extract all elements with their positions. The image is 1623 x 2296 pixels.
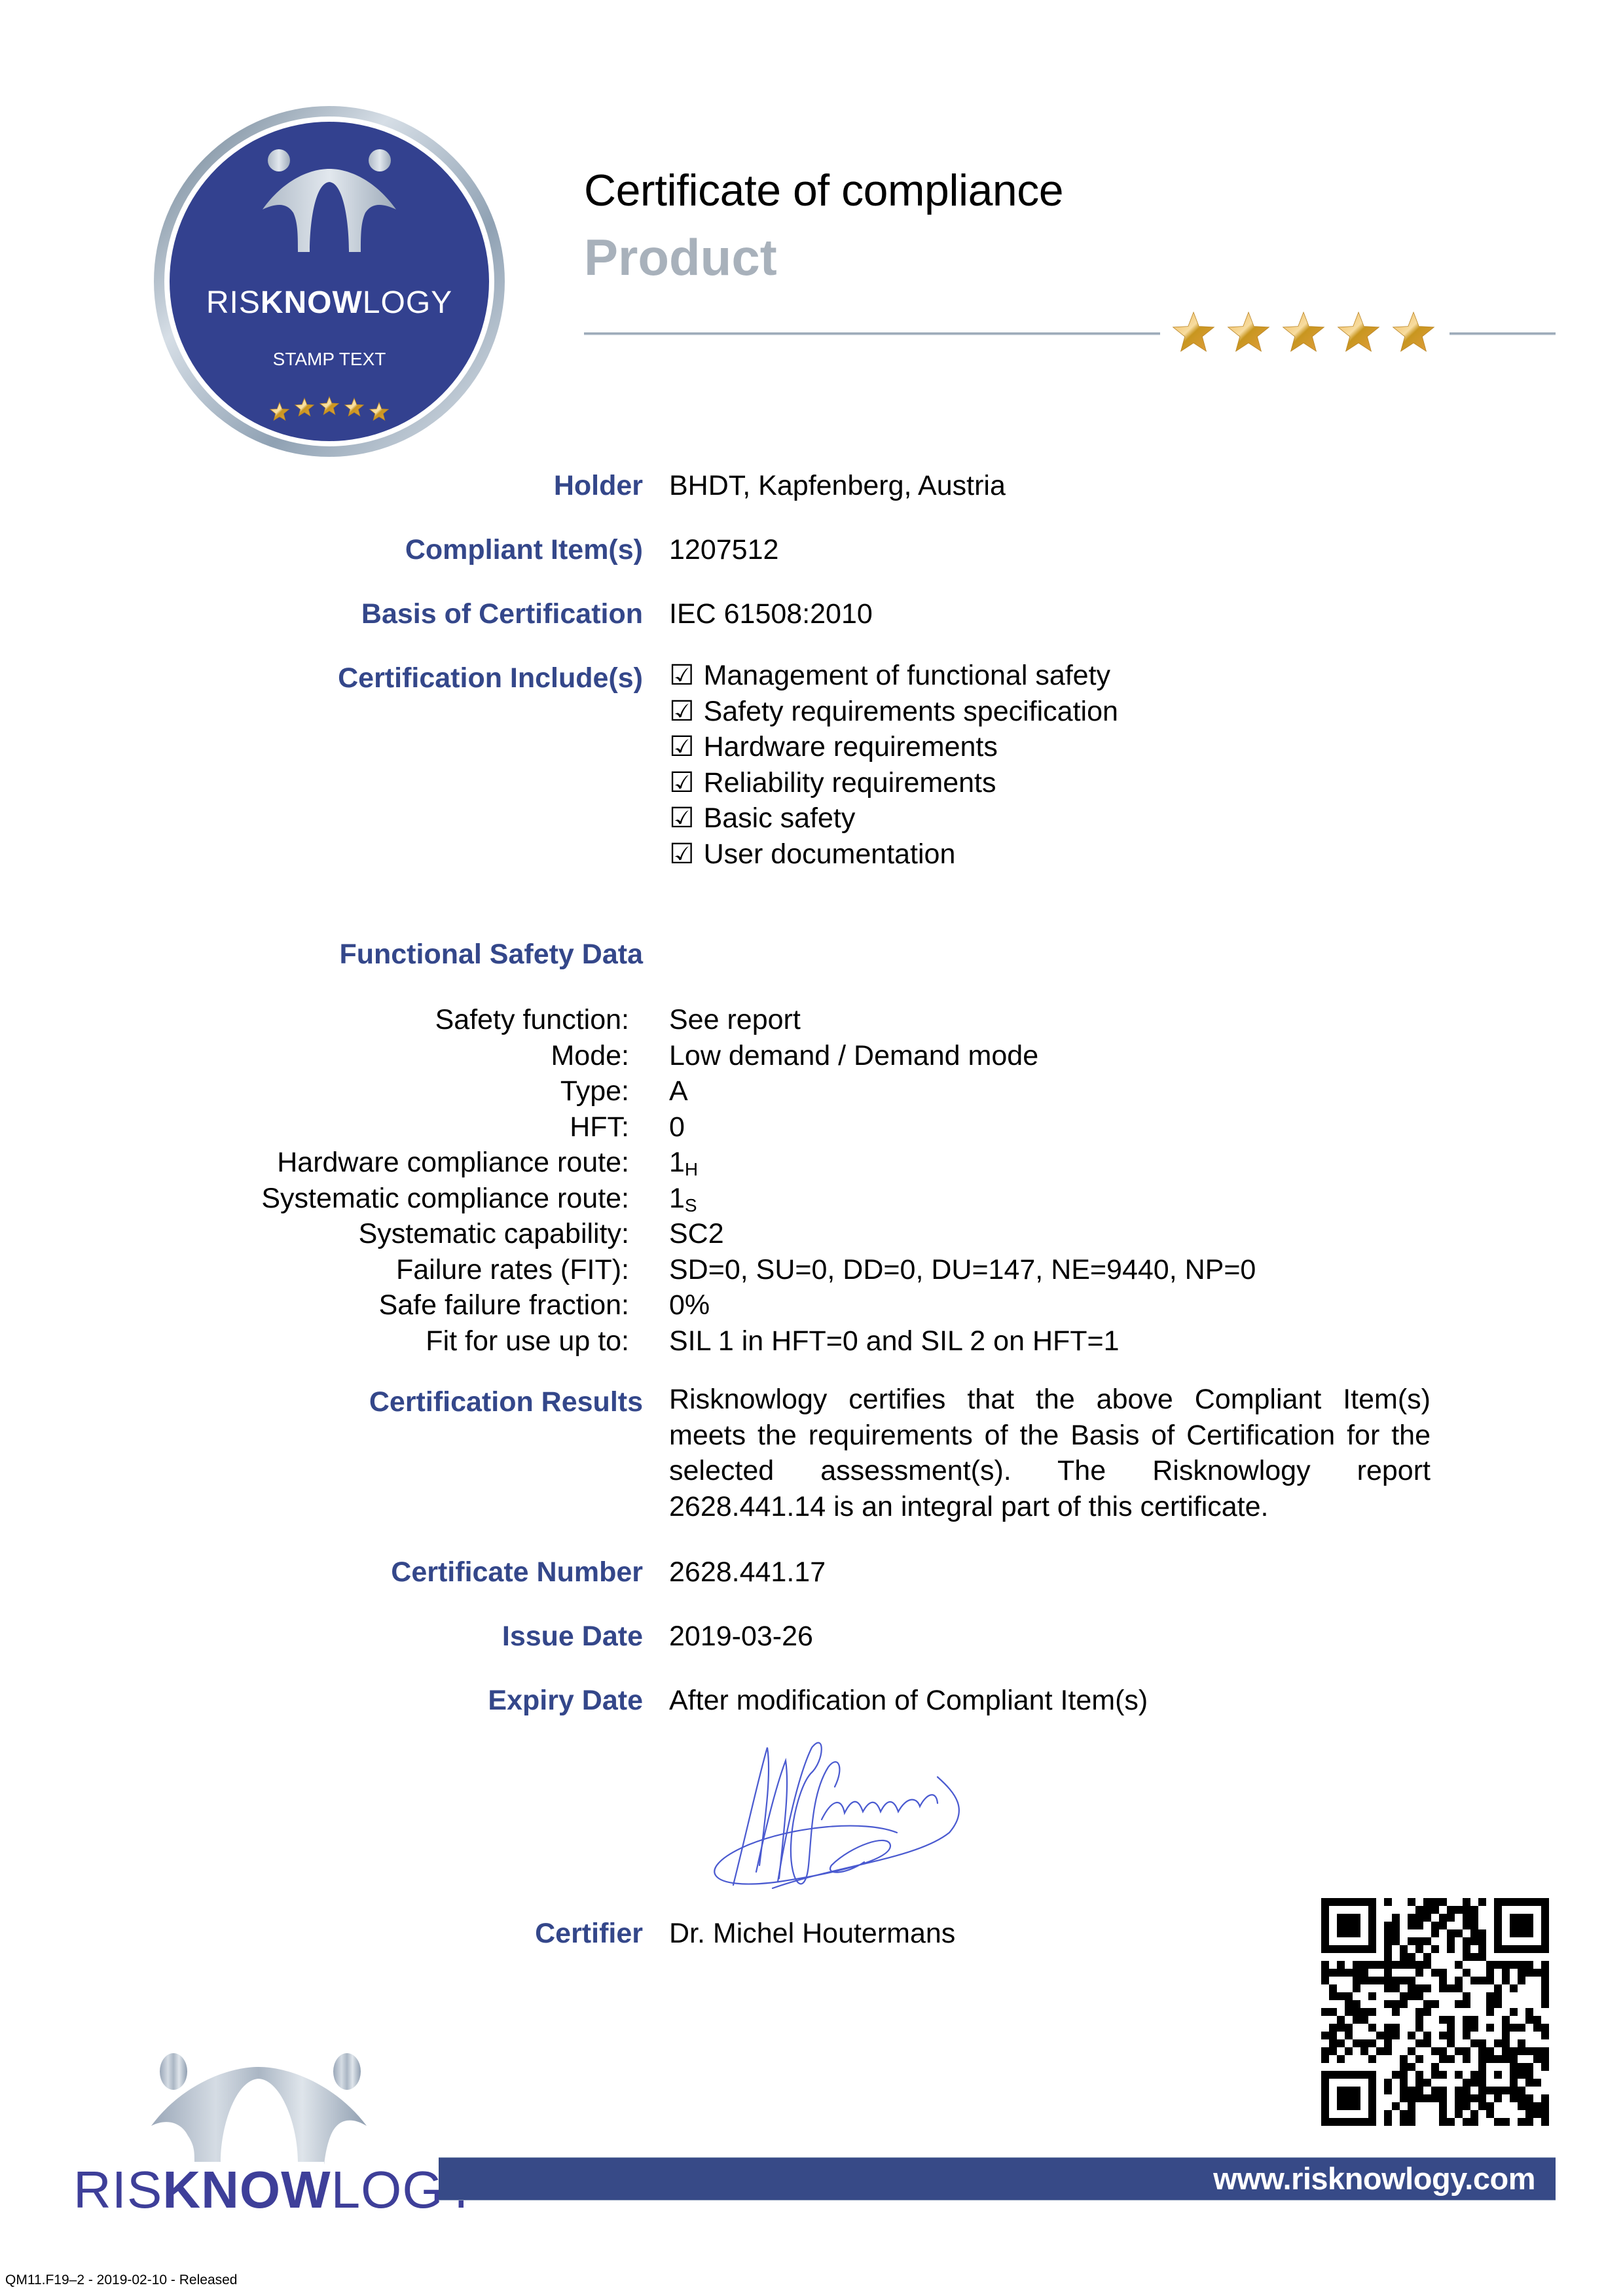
certifier-label: Certifier [535,1918,643,1950]
stamp-text: STAMP TEXT [273,349,386,369]
fsd-row-label: Type: [560,1075,629,1107]
checkbox-checked-icon: ☑ [669,765,695,801]
fsd-row-label: Fit for use up to: [426,1325,629,1357]
checkbox-checked-icon: ☑ [669,800,695,836]
holder-value: BHDT, Kapfenberg, Austria [669,470,1006,502]
checkbox-checked-icon: ☑ [669,658,695,694]
fsd-row-label: Safety function: [435,1004,629,1036]
list-item: ☑Management of functional safety [669,658,1118,694]
star-icon [1173,312,1214,351]
fsd-row-value: A [669,1075,688,1107]
functional-safety-heading: Functional Safety Data [339,939,643,971]
header-divider [584,332,1160,335]
fsd-row-value: 0% [669,1289,710,1321]
certificate-subtitle: Product [584,228,777,287]
certificate-title: Certificate of compliance [584,165,1063,216]
website-link[interactable]: www.risknowlogy.com [1213,2161,1535,2197]
compliant-items-label: Compliant Item(s) [405,534,643,566]
fsd-row-value: Low demand / Demand mode [669,1040,1038,1072]
qr-code[interactable] [1321,1898,1549,2126]
checkbox-checked-icon: ☑ [669,836,695,872]
fsd-row-label: Mode: [551,1040,629,1072]
fsd-row-label: Safe failure fraction: [379,1289,629,1321]
includes-label: Certification Include(s) [338,662,643,694]
star-icon [1393,312,1434,351]
stamp-brand: RISKNOWLOGY [206,285,452,320]
fsd-row-value: 1H [669,1147,698,1180]
fsd-row-label: Systematic capability: [359,1218,629,1250]
star-icon [1283,312,1324,351]
fsd-row-value: 1S [669,1183,697,1216]
basis-label: Basis of Certification [361,598,643,630]
rating-stars-icon [1169,309,1444,355]
list-item: ☑Basic safety [669,800,1118,836]
certificate-number-value: 2628.441.17 [669,1556,826,1588]
fsd-row-label: Systematic compliance route: [261,1183,629,1215]
fsd-row-value: See report [669,1004,801,1036]
list-item: ☑Safety requirements specification [669,694,1118,730]
issue-date-value: 2019-03-26 [669,1621,813,1653]
list-item: ☑Reliability requirements [669,765,1118,801]
checkbox-checked-icon: ☑ [669,694,695,730]
fsd-row-label: Failure rates (FIT): [396,1254,629,1286]
expiry-date-value: After modification of Compliant Item(s) [669,1685,1148,1717]
header-divider-end [1450,332,1556,335]
expiry-date-label: Expiry Date [488,1685,643,1717]
signature-image [694,1734,1034,1905]
star-icon [1338,312,1379,351]
fsd-row-value: SIL 1 in HFT=0 and SIL 2 on HFT=1 [669,1325,1120,1357]
results-text: Risknowlogy certifies that the above Com… [669,1382,1431,1524]
results-label: Certification Results [369,1386,643,1418]
includes-list: ☑Management of functional safety ☑Safety… [669,658,1118,872]
fsd-row-label: HFT: [570,1111,629,1143]
star-icon [1228,312,1269,351]
fsd-row-value: 0 [669,1111,685,1143]
certification-stamp: RISKNOWLOGY STAMP TEXT [153,105,506,458]
fsd-row-label: Hardware compliance route: [277,1147,629,1179]
document-revision-note: QM11.F19–2 - 2019-02-10 - Released [5,2272,237,2288]
basis-value: IEC 61508:2010 [669,598,873,630]
footer-brand: RISKNOWLOGY [73,2160,479,2220]
fsd-row-value: SC2 [669,1218,724,1250]
fsd-row-value: SD=0, SU=0, DD=0, DU=147, NE=9440, NP=0 [669,1254,1256,1286]
checkbox-checked-icon: ☑ [669,729,695,765]
footer-bar: www.risknowlogy.com [439,2157,1556,2200]
holder-label: Holder [554,470,643,502]
certifier-value: Dr. Michel Houtermans [669,1918,955,1950]
compliant-items-value: 1207512 [669,534,778,566]
certificate-number-label: Certificate Number [391,1556,643,1588]
list-item: ☑Hardware requirements [669,729,1118,765]
list-item: ☑User documentation [669,836,1118,872]
issue-date-label: Issue Date [502,1621,643,1653]
